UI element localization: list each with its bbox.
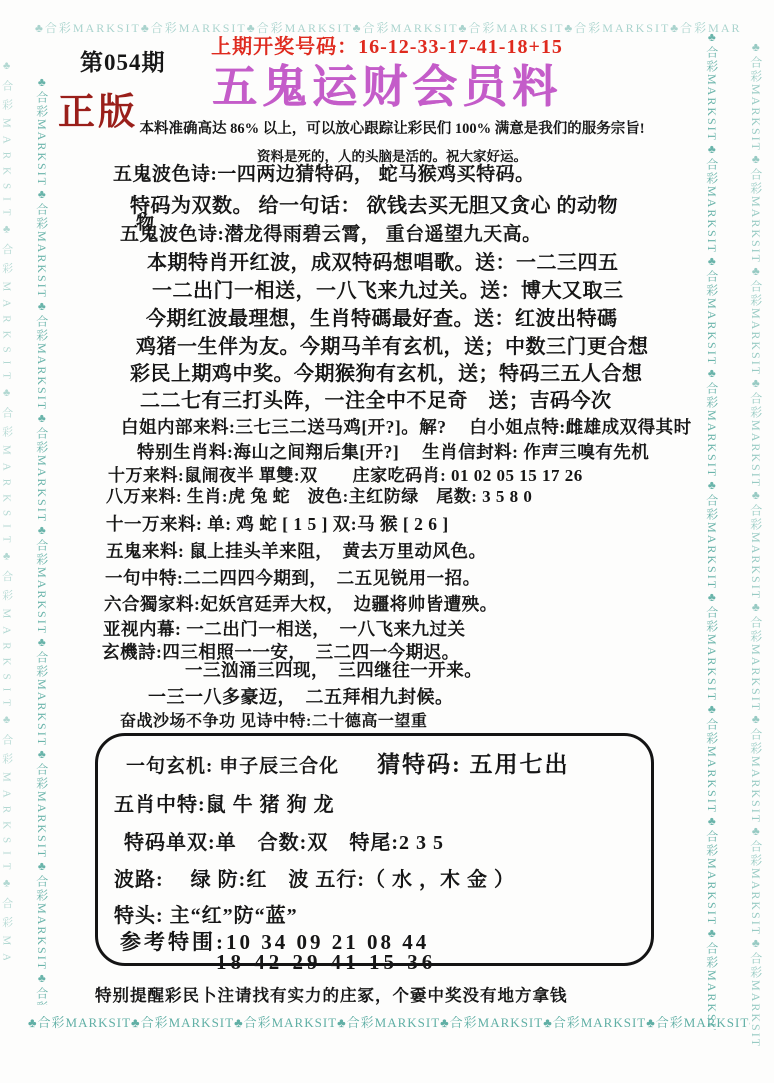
watermark-column-right-inner: ♣合彩MARKSIT♣合彩MARKSIT♣合彩MARKSIT♣合彩MARKSIT… xyxy=(704,30,718,1030)
summary-row-reference-numbers-2: 18 42 29 41 15 36 xyxy=(216,950,436,975)
tip-line-couplet-1: 一二出门一相送，一八飞来九过关。送：博大又取三 xyxy=(152,280,624,303)
motto-line: 资料是死的，人的头脑是活的。祝大家好运。 xyxy=(70,149,714,165)
watermark-row-bottom: ♣合彩MARKSIT♣合彩MARKSIT♣合彩MARKSIT♣合彩MARKSIT… xyxy=(28,1016,750,1031)
tip-line-exclusive-material: 六合獨家料:妃妖宫廷弄大权， 边疆将帅皆遭殃。 xyxy=(104,594,498,614)
accuracy-slogan: 本料准确高达 86% 以上，可以放心跟踪让彩民们 100% 满意是我们的服务宗旨… xyxy=(70,121,714,138)
tip-line-110k-material: 十一万来料: 单: 鸡 蛇 [ 1 5 ] 双:马 猴 [ 2 6 ] xyxy=(106,514,449,534)
tip-line-even-hint: 特码为双数。 给一句话： 欲钱去买无胆又贪心 的动物 xyxy=(130,195,618,218)
tip-line-80k-material: 八万来料: 生肖:虎 兔 蛇 波色:主红防绿 尾数: 3 5 8 0 xyxy=(106,487,532,507)
tip-line-last-win: 彩民上期鸡中奖。今期猴狗有玄机，送；特码三五人合想 xyxy=(130,363,643,386)
watermark-row-top: ♣合彩MARKSIT♣合彩MARKSIT♣合彩MARKSIT♣合彩MARKSIT… xyxy=(35,22,741,36)
tip-line-heroic-verse: 一三一八多豪迈， 二五拜相九封候。 xyxy=(148,687,454,708)
tip-line-100k-material: 十万来料:鼠闹夜半 單雙:双 庄家吃码肖: 01 02 05 15 17 26 xyxy=(108,466,583,486)
tip-line-couplet-2: 今期红波最理想，生肖特碼最好查。送：红波出特碼 xyxy=(146,308,618,331)
tip-line-one-sentence: 一句中特:二二四四今期到， 二五见锐用一招。 xyxy=(105,568,481,588)
tip-line-wave-poem-2: 五鬼波色诗:潜龙得雨碧云霄， 重台遥望九天高。 xyxy=(120,224,542,246)
tip-line-wave-poem-1: 五鬼波色诗:一四两边猜特码， 蛇马猴鸡买特码。 xyxy=(113,164,535,186)
summary-row-special-head: 特头: 主“红”防“蓝” xyxy=(114,899,298,928)
tip-line-special-zodiac: 特别生肖料:海山之间翔后集[开?] 生肖信封料: 作声三嗅有先机 xyxy=(137,442,649,462)
summary-row-wave-path: 波路: 绿 防:红 波 五行:（ 水 ，木 金 ） xyxy=(114,863,515,892)
tip-line-red-wave: 本期特肖开红波，成双特码想唱歌。送：一二三四五 xyxy=(147,252,619,275)
tip-line-five-ghost-material: 五鬼来料: 鼠上挂头羊来阻， 黄去万里动风色。 xyxy=(106,541,486,561)
summary-box: 一句玄机: 申子辰三合化猜特码: 五用七出 五肖中特:鼠 牛 猪 狗 龙 特码单… xyxy=(95,733,654,966)
summary-row-five-zodiac: 五肖中特:鼠 牛 猪 狗 龙 xyxy=(114,788,335,817)
lottery-tip-sheet: ♣合彩MARKSIT♣合彩MARKSIT♣合彩MARKSIT♣合彩MARKSIT… xyxy=(0,0,774,1083)
footer-reminder: 特别提醒彩民卜注请找有实力的庄冢，个嫑中奖没有地方拿钱 xyxy=(95,987,568,1006)
guess-special-code: 猜特码: 五用七出 xyxy=(377,752,569,777)
tip-line-baijie-info: 白姐内部来料:三七三二送马鸡[开?]。解? 白小姐点特:雌雄成双得其时 xyxy=(121,417,692,437)
watermark-column-right-outer: ♣合彩MARKSIT♣合彩MARKSIT♣合彩MARKSIT♣合彩MARKSIT… xyxy=(748,40,762,1050)
watermark-column-left-inner: ♣合彩MARKSIT♣合彩MARKSIT♣合彩MARKSIT♣合彩MARKSIT… xyxy=(34,75,48,1005)
watermark-column-left-outer: ♣合彩MARKSIT♣合彩MARKSIT♣合彩MARKSIT♣合彩MARKSIT… xyxy=(0,60,13,960)
tip-line-zodiac-friend: 鸡猪一生伴为友。今期马羊有玄机，送；中数三门更合想 xyxy=(136,336,649,359)
summary-row-mystery: 一句玄机: 申子辰三合化猜特码: 五用七出 xyxy=(126,746,570,779)
tip-line-mystery-poem-2: 一三汹涌三四现， 三四继往一开来。 xyxy=(185,660,482,680)
summary-row-odd-even: 特码单双:单 合数:双 特尾:2 3 5 xyxy=(124,826,444,855)
page-title: 五鬼运财会员料 xyxy=(100,62,674,114)
mystery-sentence: 一句玄机: 申子辰三合化 xyxy=(126,756,339,777)
tip-line-battle-verse: 奋战沙场不争功 见诗中特:二十德高一望重 xyxy=(120,713,427,731)
tip-line-lucky-code: 二二七有三打头阵，一注全中不足奇 送；吉码今次 xyxy=(140,390,612,413)
tip-line-atv-insider: 亚视内幕: 一二出门一相送， 一八飞来九过关 xyxy=(103,619,465,639)
